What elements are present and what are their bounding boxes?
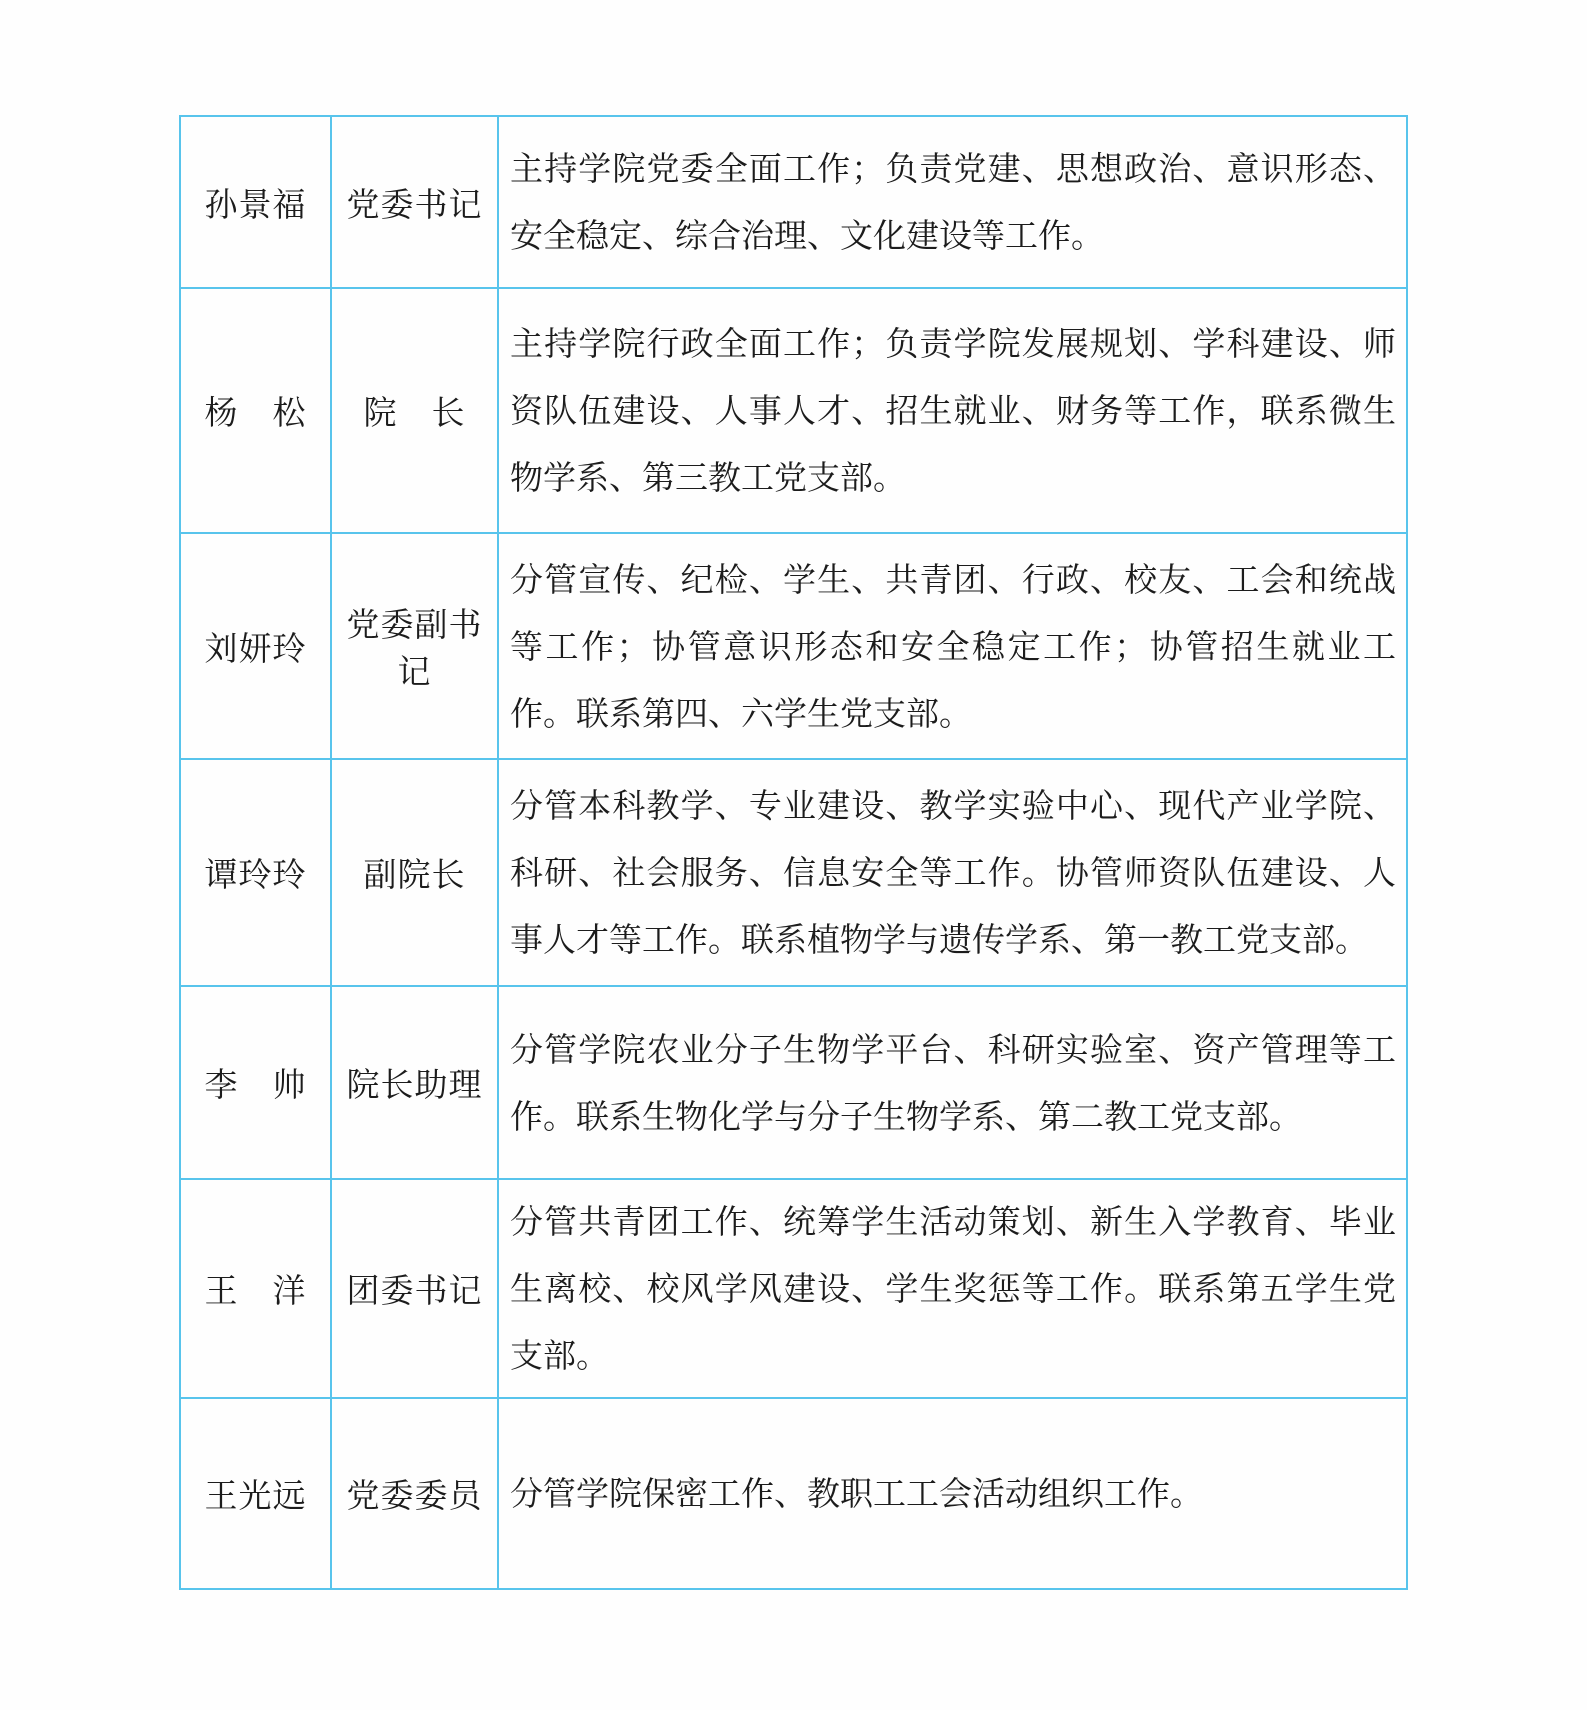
table-row: 谭玲玲 副院长 分管本科教学、专业建设、教学实验中心、现代产业学院、科研、社会服… [180, 759, 1407, 986]
leader-title: 院 长 [331, 288, 498, 533]
leader-name: 孙景福 [180, 116, 331, 288]
table-row: 孙景福 党委书记 主持学院党委全面工作；负责党建、思想政治、意识形态、安全稳定、… [180, 116, 1407, 288]
leader-name: 王光远 [180, 1398, 331, 1589]
leader-title: 党委副书记 [331, 533, 498, 759]
leader-duties: 分管宣传、纪检、学生、共青团、行政、校友、工会和统战等工作；协管意识形态和安全稳… [498, 533, 1407, 759]
leader-duties: 分管本科教学、专业建设、教学实验中心、现代产业学院、科研、社会服务、信息安全等工… [498, 759, 1407, 986]
leader-duties: 主持学院党委全面工作；负责党建、思想政治、意识形态、安全稳定、综合治理、文化建设… [498, 116, 1407, 288]
leader-title: 院长助理 [331, 986, 498, 1179]
leader-title: 党委书记 [331, 116, 498, 288]
leader-duties: 分管共青团工作、统筹学生活动策划、新生入学教育、毕业生离校、校风学风建设、学生奖… [498, 1179, 1407, 1398]
leader-duties: 主持学院行政全面工作；负责学院发展规划、学科建设、师资队伍建设、人事人才、招生就… [498, 288, 1407, 533]
table-row: 王 洋 团委书记 分管共青团工作、统筹学生活动策划、新生入学教育、毕业生离校、校… [180, 1179, 1407, 1398]
document-page: 孙景福 党委书记 主持学院党委全面工作；负责党建、思想政治、意识形态、安全稳定、… [0, 0, 1587, 1710]
leader-name: 谭玲玲 [180, 759, 331, 986]
leader-title: 团委书记 [331, 1179, 498, 1398]
leader-duties: 分管学院保密工作、教职工工会活动组织工作。 [498, 1398, 1407, 1589]
table-row: 李 帅 院长助理 分管学院农业分子生物学平台、科研实验室、资产管理等工作。联系生… [180, 986, 1407, 1179]
table-row: 王光远 党委委员 分管学院保密工作、教职工工会活动组织工作。 [180, 1398, 1407, 1589]
leadership-duty-table: 孙景福 党委书记 主持学院党委全面工作；负责党建、思想政治、意识形态、安全稳定、… [179, 115, 1408, 1590]
leader-name: 王 洋 [180, 1179, 331, 1398]
leader-name: 刘妍玲 [180, 533, 331, 759]
leader-name: 杨 松 [180, 288, 331, 533]
leader-duties: 分管学院农业分子生物学平台、科研实验室、资产管理等工作。联系生物化学与分子生物学… [498, 986, 1407, 1179]
table-row: 杨 松 院 长 主持学院行政全面工作；负责学院发展规划、学科建设、师资队伍建设、… [180, 288, 1407, 533]
leader-name: 李 帅 [180, 986, 331, 1179]
table-row: 刘妍玲 党委副书记 分管宣传、纪检、学生、共青团、行政、校友、工会和统战等工作；… [180, 533, 1407, 759]
leader-title: 党委委员 [331, 1398, 498, 1589]
leader-title: 副院长 [331, 759, 498, 986]
